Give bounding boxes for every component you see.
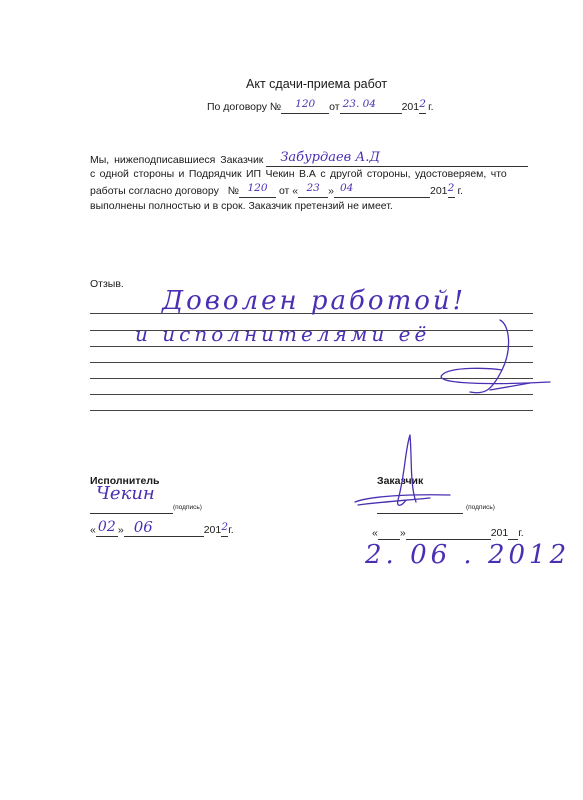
contractor-signature-line: (подпись)	[90, 500, 202, 514]
day-field: 23	[298, 184, 328, 198]
customer-signature-field	[377, 500, 463, 514]
customer-year-prefix: 201	[491, 527, 509, 539]
contractor-day-value: 02	[98, 519, 116, 535]
body-year-prefix: 201	[430, 185, 448, 197]
contractor-month-field: 06	[124, 523, 204, 537]
customer-date-line: «»201г.	[372, 526, 524, 540]
contractor-signature-caption: (подпись)	[173, 504, 202, 511]
year-suffix-field: 2	[419, 100, 426, 114]
customer-handwritten-date: 2. 06 . 2012	[365, 540, 570, 570]
body-year-suffix-value: 2	[448, 182, 455, 194]
customer-month-field	[406, 526, 491, 540]
contract-header-line: По договору №120от23. 042012г.	[207, 100, 434, 114]
body-line-2: с одной стороны и Подрядчик ИП Чекин В.А…	[90, 168, 507, 181]
contract-number-field: 120	[281, 100, 329, 114]
body-contract-number-value: 120	[248, 182, 268, 194]
body-from-label: от «	[279, 185, 298, 197]
review-signature-icon	[430, 290, 560, 400]
from-label: от	[329, 101, 339, 113]
body-year-suffix-field: 2	[448, 184, 455, 198]
customer-name-value: Забурдаев А.Д	[266, 150, 380, 165]
contractor-year-prefix: 201	[204, 524, 222, 536]
customer-name-field: Забурдаев А.Д	[266, 153, 528, 167]
contractor-month-value: 06	[124, 518, 153, 536]
review-handwritten-line-2: и исполнителями её	[135, 322, 430, 346]
number-label: №	[228, 185, 239, 197]
customer-day-field	[378, 526, 400, 540]
review-handwritten-line-1: Доволен работой!	[162, 286, 466, 316]
contract-number-value: 120	[295, 98, 315, 110]
contractor-day-field: 02	[96, 523, 118, 537]
contractor-year-suffix-value: 2	[221, 521, 228, 533]
review-line-7	[90, 410, 533, 411]
customer-signature-line: (подпись)	[377, 500, 495, 514]
body-line-1: Мы, нижеподписавшиеся Заказчик Забурдаев…	[90, 153, 528, 167]
body-contract-number-field: 120	[239, 184, 276, 198]
year-suffix-value: 2	[419, 98, 426, 110]
contractor-date-line: «02»062012г.	[90, 523, 234, 537]
customer-year-suffix-field	[508, 526, 518, 540]
body-line-1-prefix: Мы, нижеподписавшиеся Заказчик	[90, 154, 263, 166]
body-line-3: работы согласно договору №120 от «23»042…	[90, 184, 463, 198]
body-year-unit: г.	[457, 185, 462, 197]
contractor-signature-field	[90, 500, 173, 514]
body-line-3-prefix: работы согласно договору	[90, 185, 219, 197]
contract-prefix: По договору №	[207, 101, 281, 113]
document-title: Акт сдачи-приема работ	[246, 78, 387, 91]
day-value: 23	[306, 182, 319, 194]
customer-signature-caption: (подпись)	[466, 504, 495, 511]
month-value: 04	[334, 182, 353, 194]
contractor-year-unit: г.	[228, 524, 233, 536]
contract-date-field: 23. 04	[340, 100, 402, 114]
customer-year-unit: г.	[518, 527, 523, 539]
body-line-4: выполнены полностью и в срок. Заказчик п…	[90, 200, 393, 213]
review-label: Отзыв.	[90, 278, 124, 291]
contract-date-value: 23. 04	[340, 98, 376, 110]
year-prefix: 201	[402, 101, 420, 113]
year-unit: г.	[428, 101, 433, 113]
month-field: 04	[334, 184, 430, 198]
